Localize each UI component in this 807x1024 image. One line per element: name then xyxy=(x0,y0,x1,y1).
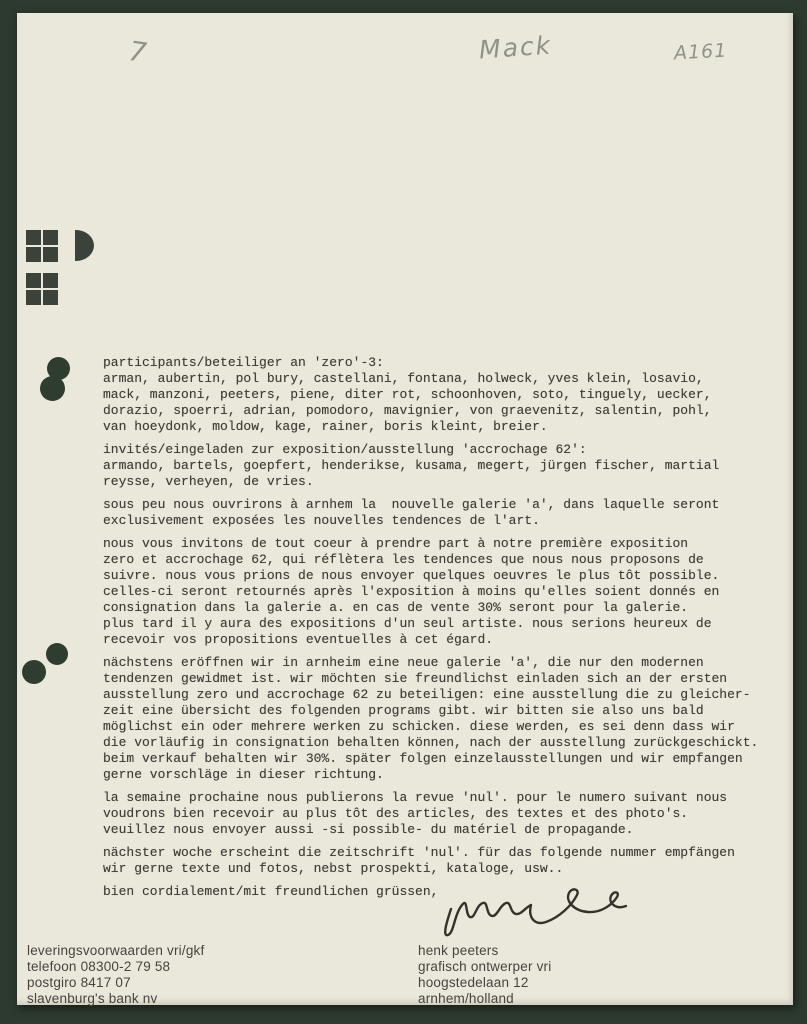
logo-square xyxy=(26,273,41,288)
logo-square xyxy=(26,230,41,245)
logo-square xyxy=(43,273,58,288)
typewritten-line: sous peu nous ouvrirons à arnhem la nouv… xyxy=(103,497,785,513)
signature-henk-peeters xyxy=(437,875,632,947)
pencil-annotation-mack: Mack xyxy=(478,30,553,64)
typewritten-line: veuillez nous envoyer aussi -si possible… xyxy=(103,822,785,838)
footer-line: grafisch ontwerper vri xyxy=(418,959,551,975)
footer-sender-address: henk peetersgrafisch ontwerper vrihoogst… xyxy=(418,943,551,1007)
typewritten-line: reysse, verheyen, de vries. xyxy=(103,474,785,490)
footer-line: leveringsvoorwaarden vri/gkf xyxy=(27,943,204,959)
typewritten-line: möglichst ein oder mehrere werken zu sch… xyxy=(103,719,785,735)
typewritten-line: celles-ci seront retournés après l'expos… xyxy=(103,584,785,600)
paragraph-participants: participants/beteiliger an 'zero'-3:arma… xyxy=(103,355,785,435)
typewritten-line: voudrons bien recevoir au plus tôt des a… xyxy=(103,806,785,822)
typewritten-line: plus tard il y aura des expositions d'un… xyxy=(103,616,785,632)
ink-punch-dot xyxy=(40,376,65,401)
typewritten-line: suivre. nous vous prions de nous envoyer… xyxy=(103,568,785,584)
typewritten-line: zeit eine übersicht des folgenden progra… xyxy=(103,703,785,719)
scan-background: 7 Mack A161 participants/beteiliger an '… xyxy=(0,0,807,1024)
typewritten-line: invités/eingeladen zur exposition/ausste… xyxy=(103,442,785,458)
typewritten-line: beim verkauf behalten wir 30%. später fo… xyxy=(103,751,785,767)
gallery-p-logo xyxy=(26,229,96,309)
typewritten-line: exclusivement exposées les nouvelles ten… xyxy=(103,513,785,529)
logo-square xyxy=(43,290,58,305)
pencil-annotation-code: A161 xyxy=(673,40,727,65)
letter-paper: 7 Mack A161 participants/beteiliger an '… xyxy=(17,13,793,1005)
ink-punch-dot xyxy=(22,660,46,684)
footer-line: postgiro 8417 07 xyxy=(27,975,204,991)
footer-line: hoogstedelaan 12 xyxy=(418,975,551,991)
typewritten-line: mack, manzoni, peeters, piene, diter rot… xyxy=(103,387,785,403)
logo-square xyxy=(43,247,58,262)
typewritten-line: arman, aubertin, pol bury, castellani, f… xyxy=(103,371,785,387)
ink-punch-dot xyxy=(46,643,68,665)
typewritten-line: die vorläufig in consignation behalten k… xyxy=(103,735,785,751)
footer-line: slavenburg's bank nv xyxy=(27,991,204,1007)
typewritten-line: ausstellung zero und accrochage 62 zu be… xyxy=(103,687,785,703)
letter-body: participants/beteiliger an 'zero'-3:arma… xyxy=(103,355,785,900)
logo-semicircle xyxy=(75,230,94,261)
typewritten-line: zero et accrochage 62, qui réflètera les… xyxy=(103,552,785,568)
paragraph-french-invitation: nous vous invitons de tout coeur à prend… xyxy=(103,536,785,648)
footer-line: arnhem/holland xyxy=(418,991,551,1007)
typewritten-line: tendenzen gewidmet ist. wir möchten sie … xyxy=(103,671,785,687)
logo-square-grid-bottom xyxy=(26,273,58,305)
typewritten-line: armando, bartels, goepfert, henderikse, … xyxy=(103,458,785,474)
typewritten-line: nächster woche erscheint die zeitschrift… xyxy=(103,845,785,861)
paragraph-invitees: invités/eingeladen zur exposition/ausste… xyxy=(103,442,785,490)
typewritten-line: participants/beteiliger an 'zero'-3: xyxy=(103,355,785,371)
typewritten-line: nous vous invitons de tout coeur à prend… xyxy=(103,536,785,552)
typewritten-line: dorazio, spoerri, adrian, pomodoro, mavi… xyxy=(103,403,785,419)
paragraph-french-intro: sous peu nous ouvrirons à arnhem la nouv… xyxy=(103,497,785,529)
footer-line: telefoon 08300-2 79 58 xyxy=(27,959,204,975)
typewritten-line: la semaine prochaine nous publierons la … xyxy=(103,790,785,806)
typewritten-line: van hoeydonk, moldow, kage, rainer, bori… xyxy=(103,419,785,435)
logo-square xyxy=(26,290,41,305)
logo-square xyxy=(26,247,41,262)
logo-square-grid-top xyxy=(26,230,58,262)
paragraph-german-invitation: nächstens eröffnen wir in arnheim eine n… xyxy=(103,655,785,783)
typewritten-line: gerne vorschläge in dieser richtung. xyxy=(103,767,785,783)
footer-line: henk peeters xyxy=(418,943,551,959)
paragraph-french-revue: la semaine prochaine nous publierons la … xyxy=(103,790,785,838)
logo-square xyxy=(43,230,58,245)
footer-business-info: leveringsvoorwaarden vri/gkftelefoon 083… xyxy=(27,943,204,1007)
paragraph-german-revue: nächster woche erscheint die zeitschrift… xyxy=(103,845,785,877)
typewritten-line: consignation dans la galerie a. en cas d… xyxy=(103,600,785,616)
typewritten-line: recevoir vos propositions eventuelles à … xyxy=(103,632,785,648)
typewritten-line: nächstens eröffnen wir in arnheim eine n… xyxy=(103,655,785,671)
pencil-annotation-number: 7 xyxy=(127,36,148,69)
